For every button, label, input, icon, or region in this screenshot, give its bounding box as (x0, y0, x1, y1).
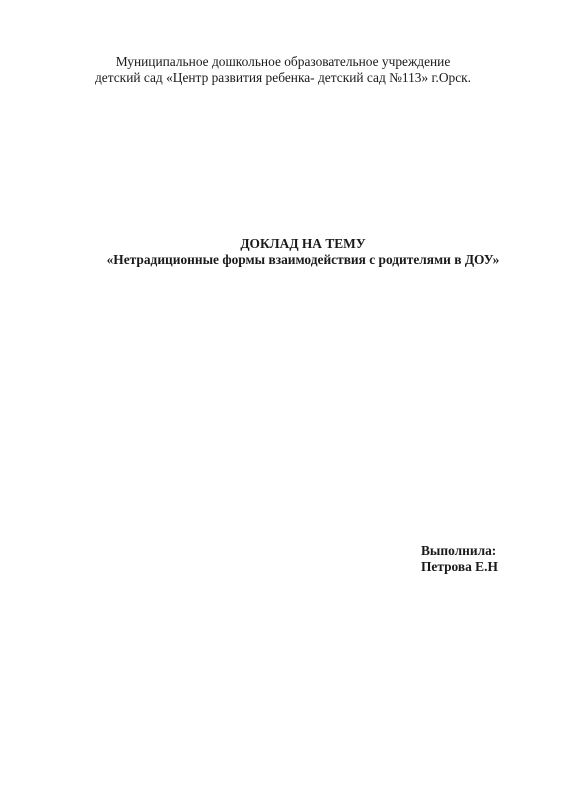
institution-header: Муниципальное дошкольное образовательное… (0, 54, 566, 86)
report-title-heading: ДОКЛАД НА ТЕМУ (0, 236, 566, 252)
author-name: Петрова Е.Н (421, 559, 498, 575)
institution-name-line-2: детский сад «Центр развития ребенка- дет… (0, 70, 566, 86)
institution-name-line-1: Муниципальное дошкольное образовательное… (0, 54, 566, 70)
document-page: Муниципальное дошкольное образовательное… (0, 0, 566, 800)
author-label: Выполнила: (421, 543, 498, 559)
author-block: Выполнила: Петрова Е.Н (421, 543, 498, 575)
report-title: ДОКЛАД НА ТЕМУ «Нетрадиционные формы вза… (0, 236, 566, 268)
report-title-topic: «Нетрадиционные формы взаимодействия с р… (0, 252, 566, 268)
